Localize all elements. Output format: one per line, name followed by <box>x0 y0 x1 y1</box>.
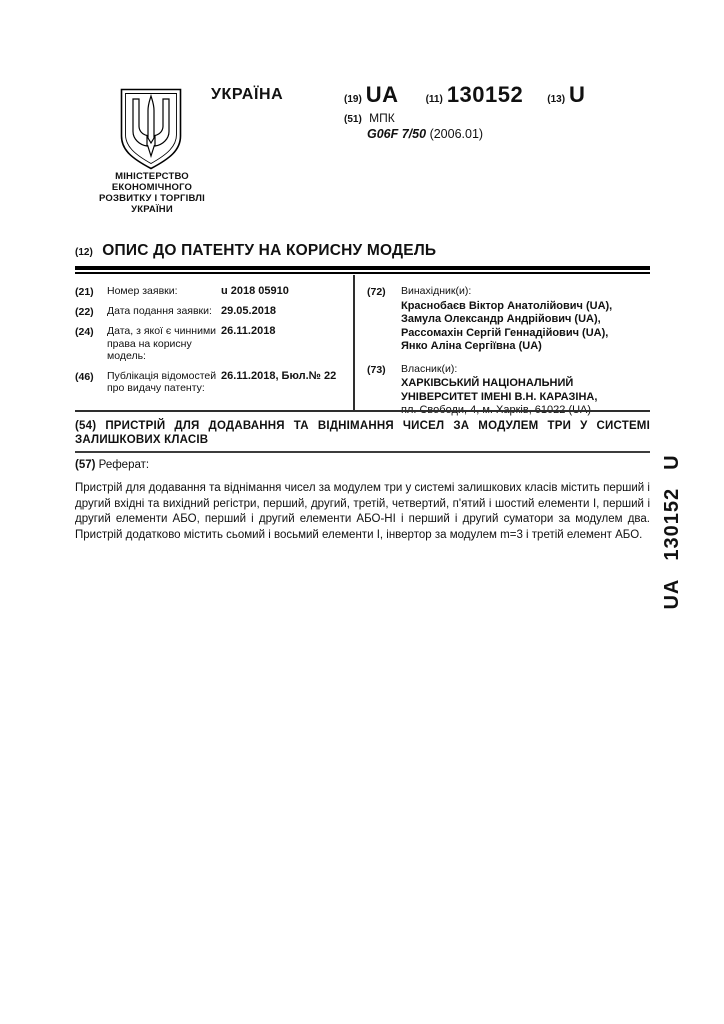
abstract-text: Пристрій для додавання та віднімання чис… <box>75 481 650 543</box>
abstract-heading: (57) Реферат: <box>75 459 149 471</box>
code-57-label: (57) <box>75 459 95 471</box>
code-46-label: (46) <box>75 370 107 383</box>
ministry-line: МІНІСТЕРСТВО <box>80 171 224 182</box>
abstract-word: Реферат: <box>99 459 149 471</box>
code-12-label: (12) <box>75 247 93 258</box>
inventor-name: Краснобаєв Віктор Анатолійович (UA), <box>401 300 650 314</box>
vertical-publication-id: UA 130152 U <box>659 437 685 627</box>
vertical-id-kind: U <box>661 454 684 469</box>
inventor-name: Рассомахін Сергій Геннадійович (UA), <box>401 327 650 341</box>
patent-document-page: МІНІСТЕРСТВО ЕКОНОМІЧНОГО РОЗВИТКУ І ТОР… <box>0 0 724 1024</box>
publication-info-label: Публікація відомостей про видачу патенту… <box>107 370 217 395</box>
code-13-label: (13) <box>547 94 565 105</box>
code-11-label: (11) <box>426 94 443 105</box>
ministry-line: УКРАЇНИ <box>80 204 224 215</box>
effective-date-value: 26.11.2018 <box>217 325 353 338</box>
owner-label: Власник(и): <box>401 363 650 377</box>
vertical-id-country: UA <box>661 579 684 610</box>
code-11: (11) 130152 <box>426 82 524 108</box>
ipc-classification: G06F 7/50 (2006.01) <box>367 127 483 141</box>
double-rule-divider <box>75 266 650 274</box>
publication-info-row: (46) Публікація відомостей про видачу па… <box>75 370 353 395</box>
code-54-label: (54) <box>75 420 96 432</box>
code-19-value: UA <box>366 82 399 108</box>
title-bottom-rule <box>75 451 650 453</box>
code-13: (13) U <box>547 82 585 108</box>
effective-date-label: Дата, з якої є чинними права на корисну … <box>107 325 217 363</box>
ipc-word: МПК <box>369 111 395 125</box>
filing-date-row: (22) Дата подання заявки: 29.05.2018 <box>75 305 353 318</box>
code-19: (19) UA <box>344 82 399 108</box>
document-type-header: (12) ОПИС ДО ПАТЕНТУ НА КОРИСНУ МОДЕЛЬ <box>75 242 436 260</box>
invention-title-section: (54) ПРИСТРІЙ ДЛЯ ДОДАВАННЯ ТА ВІДНІМАНН… <box>75 419 650 447</box>
inventor-name: Замула Олександр Андрійович (UA), <box>401 313 650 327</box>
code-51-label: (51) <box>344 114 362 125</box>
bibliographic-section: (21) Номер заявки: u 2018 05910 (22) Дат… <box>75 275 650 410</box>
code-73-label: (73) <box>367 363 401 376</box>
inventor-name: Янко Аліна Сергіївна (UA) <box>401 340 650 354</box>
ipc-heading: (51) МПК <box>344 111 395 125</box>
vertical-id-number: 130152 <box>661 488 684 561</box>
ministry-line: ЕКОНОМІЧНОГО <box>80 182 224 193</box>
code-24-label: (24) <box>75 325 107 338</box>
owner-name: ХАРКІВСЬКИЙ НАЦІОНАЛЬНИЙ УНІВЕРСИТЕТ ІМЕ… <box>401 377 650 404</box>
effective-date-row: (24) Дата, з якої є чинними права на кор… <box>75 325 353 363</box>
biblio-right-column: (72) Винахідник(и): Краснобаєв Віктор Ан… <box>353 275 650 410</box>
inventors-row: (72) Винахідник(и): Краснобаєв Віктор Ан… <box>367 285 650 354</box>
document-type-title: ОПИС ДО ПАТЕНТУ НА КОРИСНУ МОДЕЛЬ <box>102 242 436 259</box>
ipc-class-code: G06F 7/50 <box>367 127 426 141</box>
ministry-line: РОЗВИТКУ І ТОРГІВЛІ <box>80 193 224 204</box>
inventors-body: Винахідник(и): Краснобаєв Віктор Анатолі… <box>401 285 650 354</box>
country-name: УКРАЇНА <box>211 86 283 104</box>
ukraine-trident-emblem-icon <box>117 85 185 178</box>
application-number-row: (21) Номер заявки: u 2018 05910 <box>75 285 353 298</box>
invention-title: ПРИСТРІЙ ДЛЯ ДОДАВАННЯ ТА ВІДНІМАННЯ ЧИС… <box>75 420 650 446</box>
inventors-label: Винахідник(и): <box>401 285 650 299</box>
biblio-bottom-rule <box>75 410 650 412</box>
publication-info-value: 26.11.2018, Бюл.№ 22 <box>217 370 353 383</box>
document-kind: U <box>569 82 585 108</box>
publication-number: 130152 <box>447 82 523 108</box>
application-number-label: Номер заявки: <box>107 285 217 298</box>
biblio-left-column: (21) Номер заявки: u 2018 05910 (22) Дат… <box>75 275 353 410</box>
filing-date-value: 29.05.2018 <box>217 305 353 318</box>
application-number-value: u 2018 05910 <box>217 285 353 298</box>
code-19-label: (19) <box>344 94 362 105</box>
code-22-label: (22) <box>75 305 107 318</box>
ministry-name: МІНІСТЕРСТВО ЕКОНОМІЧНОГО РОЗВИТКУ І ТОР… <box>80 171 224 215</box>
publication-codes-row: (19) UA (11) 130152 (13) U <box>344 82 585 108</box>
code-72-label: (72) <box>367 285 401 298</box>
filing-date-label: Дата подання заявки: <box>107 305 217 318</box>
code-21-label: (21) <box>75 285 107 298</box>
ipc-class-edition: (2006.01) <box>430 127 484 141</box>
